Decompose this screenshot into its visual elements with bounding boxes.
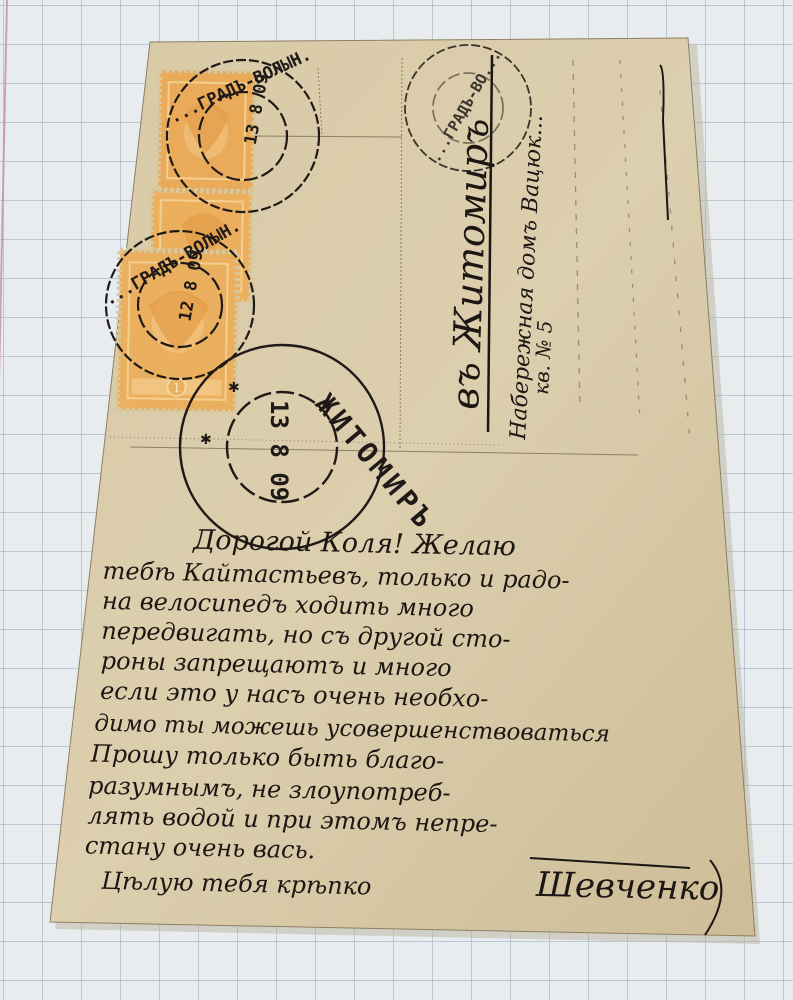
- svg-text:✱: ✱: [228, 380, 240, 396]
- postcard-illustration: 1 ...ГРАДЪ-ВОЛЫН. 13 8 09 ...ГРАДЪ-ВОЛЫН…: [0, 0, 793, 1000]
- postcard: 1 ...ГРАДЪ-ВОЛЫН. 13 8 09 ...ГРАДЪ-ВОЛЫН…: [0, 0, 793, 1000]
- signature: Шевченко: [535, 865, 720, 909]
- svg-text:1: 1: [172, 381, 181, 396]
- postmark-date: 13 8 09: [265, 400, 293, 501]
- svg-text:✱: ✱: [200, 432, 212, 448]
- message-line: стану очень вась.: [85, 831, 316, 864]
- message-line: Цѣлую тебя крѣпко: [100, 867, 372, 901]
- address-apartment: кв. № 5: [529, 320, 557, 395]
